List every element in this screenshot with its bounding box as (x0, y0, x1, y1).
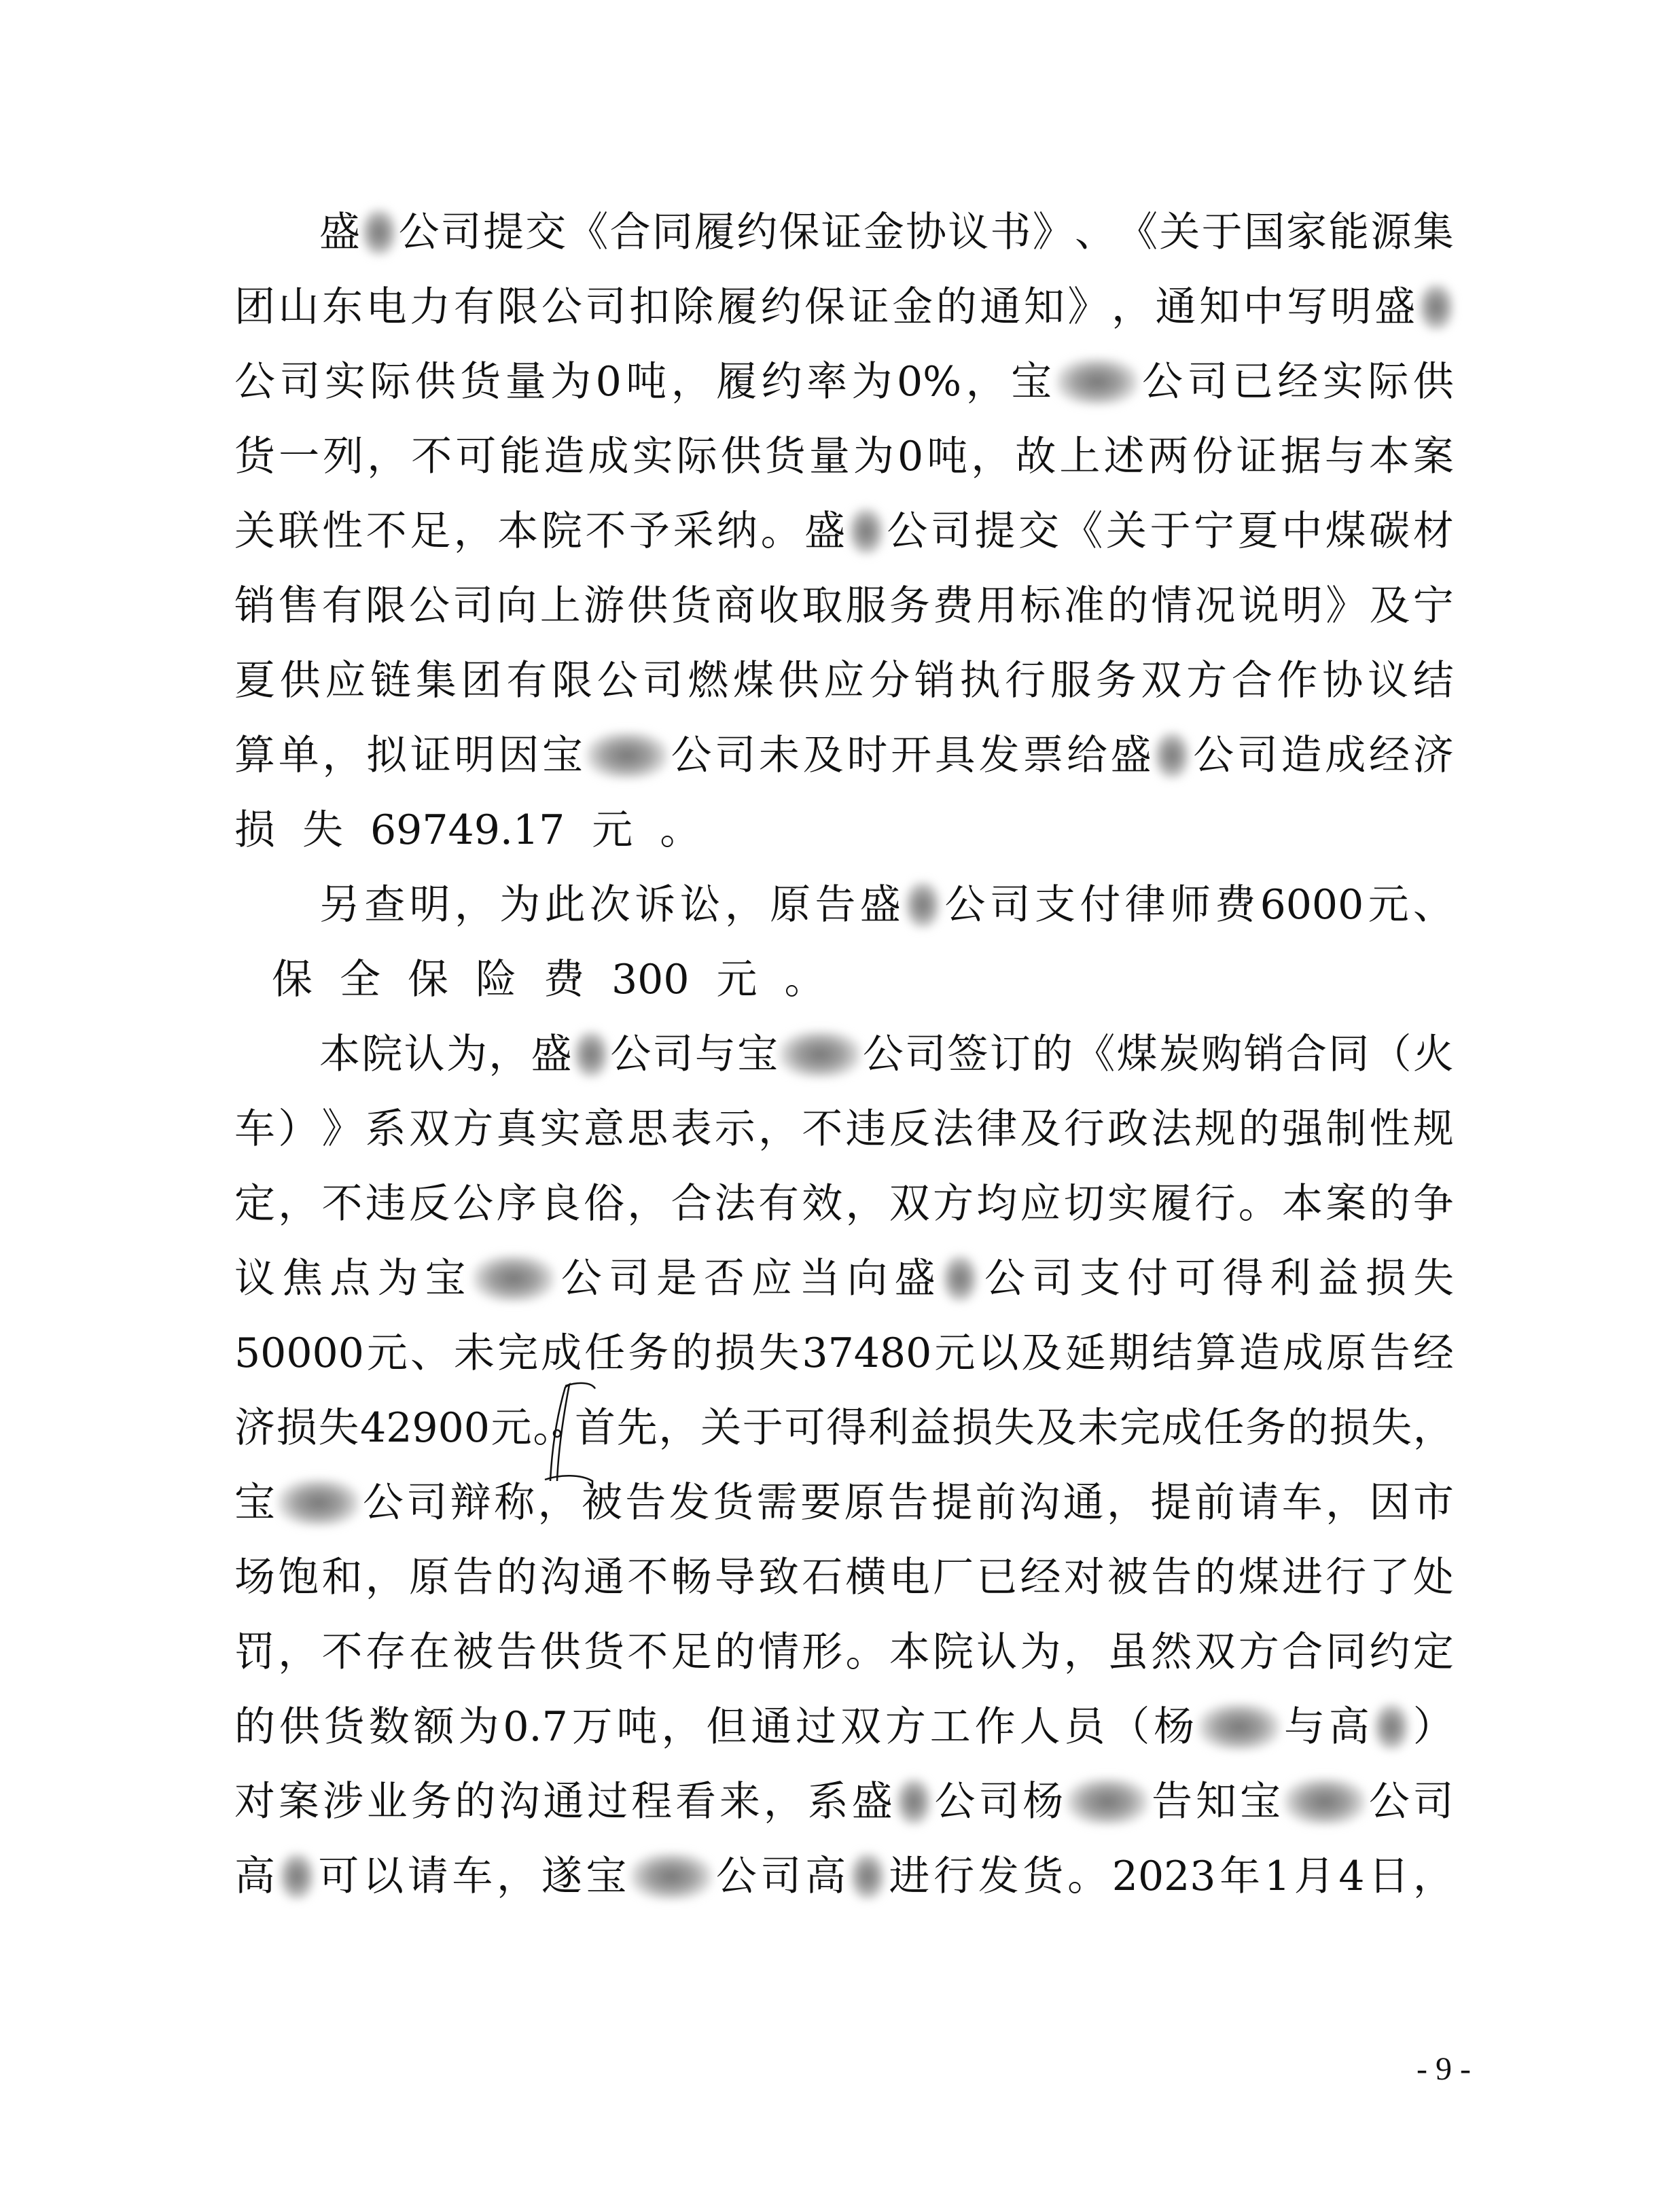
text-glyph: 司 (1187, 344, 1228, 419)
text-glyph: 表 (671, 1092, 712, 1166)
text-glyph: 公 (398, 195, 439, 270)
text-glyph: 宝 (425, 1241, 466, 1316)
text-glyph: 经 (1020, 1540, 1061, 1615)
text-glyph: 车 (452, 1839, 493, 1914)
text-glyph: 供 (415, 344, 456, 419)
text-glyph: 公 (452, 1166, 493, 1241)
text-glyph: 成 (1283, 1316, 1323, 1391)
text-line: 50000元、未完成任务的损失37480元以及延期结算造成原告经 (234, 1316, 1454, 1391)
text-glyph: 不 (627, 1615, 668, 1690)
text-glyph: 已 (1232, 344, 1273, 419)
redacted-name-blur (779, 1031, 861, 1078)
text-glyph: 与 (695, 1017, 736, 1092)
text-glyph: ， (1325, 1465, 1366, 1540)
text-glyph: 济 (1413, 718, 1454, 793)
redacted-name-blur (630, 1853, 712, 1900)
text-glyph: 公 (984, 1241, 1025, 1316)
text-glyph: 的 (1239, 1092, 1279, 1166)
text-glyph: 货 (765, 419, 806, 494)
text-glyph: 煤 (733, 643, 774, 718)
text-glyph: 电 (366, 270, 407, 344)
text-glyph: 0.7 (503, 1690, 567, 1764)
text-glyph: 意 (584, 1092, 624, 1166)
redacted-name-blur (473, 1255, 554, 1302)
text-glyph: 造 (1239, 1316, 1280, 1391)
text-glyph: 足 (410, 494, 450, 569)
text-glyph: 被 (452, 1615, 493, 1690)
text-glyph: 售 (278, 569, 319, 643)
text-glyph: 行 (1005, 643, 1046, 718)
text-glyph: 宝 (737, 1017, 778, 1092)
text-glyph: 成 (1325, 718, 1366, 793)
text-glyph: 未 (759, 718, 800, 793)
text-glyph: 协 (906, 195, 946, 270)
text-glyph: 本 (1369, 419, 1410, 494)
redacted-name-blur (1419, 283, 1454, 331)
text-glyph: 不 (322, 1615, 363, 1690)
text-glyph: 发 (979, 718, 1020, 793)
text-glyph: 执 (960, 643, 1001, 718)
text-glyph: 议 (1368, 643, 1408, 718)
text-glyph: ， (671, 344, 712, 419)
text-glyph: 交 (525, 195, 566, 270)
text-glyph: 本 (889, 1615, 930, 1690)
text-glyph: 双 (1195, 1615, 1236, 1690)
text-glyph: 过 (796, 1690, 836, 1764)
text-glyph: 可 (1175, 1241, 1215, 1316)
text-glyph: 有 (322, 569, 363, 643)
text-glyph: 标 (1020, 569, 1061, 643)
text-glyph: 横 (846, 1540, 887, 1615)
text-glyph: ， (846, 1166, 887, 1241)
text-glyph: 议 (234, 1241, 275, 1316)
text-glyph: 关 (1159, 195, 1200, 270)
text-glyph: （ (1371, 1017, 1412, 1092)
text-glyph: 示 (715, 1092, 755, 1166)
text-glyph: ， (454, 494, 495, 569)
text-glyph: 及 (803, 718, 844, 793)
text-glyph: 证 (821, 195, 862, 270)
text-glyph: 约 (761, 270, 802, 344)
text-glyph: 的 (1032, 1017, 1073, 1092)
text-glyph: 经 (1369, 718, 1410, 793)
text-glyph: ， (455, 868, 495, 942)
text-glyph: 际 (1368, 344, 1408, 419)
text-glyph: 全 (340, 942, 380, 1017)
text-glyph: 取 (802, 569, 842, 643)
text-glyph: 行 (933, 1839, 974, 1914)
text-glyph: 、 (1413, 868, 1454, 942)
text-glyph: 不 (322, 1166, 363, 1241)
text-glyph: 务 (1245, 1391, 1286, 1465)
text-glyph: 《 (1074, 1017, 1115, 1092)
text-glyph: 团 (234, 270, 275, 344)
text-glyph: 系 (808, 1764, 849, 1839)
text-glyph: 。 (660, 793, 700, 868)
text-glyph: 司 (279, 344, 320, 419)
text-glyph: 原 (409, 1540, 450, 1615)
text-glyph: ， (661, 1690, 702, 1764)
text-glyph: ， (1111, 270, 1152, 344)
text-glyph: ， (627, 1166, 668, 1241)
text-glyph: 两 (1148, 419, 1189, 494)
text-glyph: 进 (1282, 1540, 1323, 1615)
text-glyph: 失 (1413, 1241, 1454, 1316)
text-glyph: 实 (1323, 344, 1364, 419)
text-line: 公司实际供货量为0吨，履约率为0%，宝公司已经实际供 (234, 344, 1454, 419)
text-glyph: 存 (366, 1615, 406, 1690)
text-glyph: 诉 (635, 868, 675, 942)
text-glyph: 失 (758, 1316, 799, 1391)
text-glyph: 煤 (1117, 1017, 1158, 1092)
text-glyph: 司 (760, 1839, 801, 1914)
text-glyph: 公 (561, 1241, 602, 1316)
text-glyph: ， (1413, 1839, 1454, 1914)
text-glyph: 失 (994, 1391, 1035, 1465)
text-glyph: 以 (978, 1316, 1018, 1391)
text-glyph: 失 (318, 1391, 359, 1465)
text-glyph: 可 (455, 419, 496, 494)
text-glyph: 0 (596, 344, 622, 419)
text-glyph: 写 (1287, 270, 1328, 344)
text-glyph: 知 (1199, 270, 1240, 344)
text-glyph: 份 (1192, 419, 1233, 494)
text-glyph: 高 (1329, 1690, 1370, 1764)
text-glyph: 延 (1065, 1316, 1105, 1391)
text-glyph: 完 (1120, 1391, 1160, 1465)
text-glyph: 明 (455, 718, 495, 793)
text-glyph: 吨 (617, 1690, 658, 1764)
text-glyph: 司 (653, 1017, 694, 1092)
text-glyph: 通 (1063, 1465, 1104, 1540)
text-glyph: 沟 (1019, 1465, 1060, 1540)
text-glyph: 切 (1064, 1166, 1105, 1241)
text-glyph: 的 (715, 1615, 755, 1690)
text-glyph: 。 (1239, 1166, 1279, 1241)
text-glyph: 述 (1103, 419, 1144, 494)
text-glyph: 性 (322, 494, 363, 569)
text-glyph: 司 (642, 643, 683, 718)
text-glyph: 履 (717, 270, 758, 344)
text-glyph: 与 (1325, 419, 1366, 494)
text-glyph: 提 (931, 1465, 972, 1540)
text-glyph: 行 (1195, 1166, 1236, 1241)
text-glyph: 和 (322, 1540, 363, 1615)
text-glyph: 均 (976, 1166, 1017, 1241)
text-glyph: 除 (673, 270, 713, 344)
text-glyph: 年 (1219, 1839, 1260, 1914)
text-glyph: 集 (1413, 195, 1454, 270)
text-glyph: 本 (319, 1017, 360, 1092)
text-glyph: 法 (715, 1166, 755, 1241)
text-glyph: 作 (975, 1690, 1016, 1764)
text-glyph: 家 (1286, 195, 1327, 270)
text-glyph: 际 (370, 344, 410, 419)
text-glyph: 能 (499, 419, 540, 494)
text-glyph: 供 (280, 643, 321, 718)
text-glyph: 付 (1127, 1241, 1168, 1316)
text-glyph: 游 (584, 569, 624, 643)
text-line: 销售有限公司向上游供货商收取服务费用标准的情况说明》及宁 (234, 569, 1454, 643)
text-glyph: 公 (597, 643, 638, 718)
text-glyph: 供 (721, 419, 762, 494)
text-glyph: 吨 (626, 344, 666, 419)
text-glyph: 认 (404, 1017, 445, 1092)
text-glyph: 制 (1325, 1092, 1366, 1166)
text-glyph: ， (497, 1839, 537, 1914)
text-glyph: 此 (545, 868, 586, 942)
text-glyph: 院 (933, 1615, 974, 1690)
text-glyph: 违 (846, 1092, 887, 1166)
text-glyph: 务 (889, 569, 930, 643)
text-glyph: 盛 (804, 494, 845, 569)
text-glyph: 宝 (1240, 1764, 1281, 1839)
text-glyph: 司 (715, 718, 755, 793)
text-glyph: 用 (976, 569, 1017, 643)
text-glyph: 经 (1413, 1316, 1454, 1391)
text-glyph: 1 (1264, 1839, 1290, 1914)
text-glyph: 于 (1150, 494, 1190, 569)
text-glyph: 情 (1151, 569, 1192, 643)
text-glyph: 37480 (802, 1316, 931, 1391)
text-glyph: 力 (410, 270, 450, 344)
text-glyph: 司 (452, 569, 493, 643)
text-glyph: 宝 (542, 718, 583, 793)
text-glyph: 司 (609, 1241, 649, 1316)
text-glyph: 为 (550, 344, 591, 419)
text-glyph: 有 (506, 643, 547, 718)
text-glyph: 结 (1413, 643, 1454, 718)
redacted-name-blur (905, 881, 940, 929)
text-line: 团山东电力有限公司扣除履约保证金的通知》，通知中写明盛 (234, 270, 1454, 344)
text-glyph: 院 (541, 494, 582, 569)
text-glyph: 、 (410, 1316, 451, 1391)
text-glyph: 否 (704, 1241, 745, 1316)
text-glyph: 实 (325, 344, 366, 419)
text-glyph: 际 (677, 419, 717, 494)
text-glyph: 法 (1151, 1092, 1192, 1166)
text-glyph: 集 (416, 643, 457, 718)
text-glyph: 本 (497, 494, 538, 569)
text-glyph: 定 (1413, 1615, 1454, 1690)
text-glyph: 对 (234, 1764, 275, 1839)
text-glyph: ， (322, 718, 363, 793)
text-glyph: 知 (1024, 270, 1065, 344)
text-glyph: 4 (1338, 1839, 1364, 1914)
text-glyph: 69749.17 (370, 793, 565, 868)
text-glyph: 规 (1195, 1092, 1236, 1166)
text-glyph: 燃 (688, 643, 728, 718)
text-glyph: 保 (779, 195, 819, 270)
text-glyph: 公 (610, 1017, 651, 1092)
text-glyph: 货 (234, 419, 275, 494)
redacted-name-blur (1154, 732, 1190, 779)
text-glyph: 付 (1080, 868, 1120, 942)
text-glyph: 销 (1244, 1017, 1285, 1092)
text-glyph: 及 (1021, 1316, 1062, 1391)
redacted-name-blur (850, 1853, 885, 1900)
text-glyph: 沟 (540, 1540, 581, 1615)
text-glyph: 与 (1284, 1690, 1325, 1764)
text-glyph: 电 (889, 1540, 930, 1615)
text-glyph: 扣 (629, 270, 670, 344)
text-glyph: 师 (1170, 868, 1211, 942)
text-glyph: 不 (411, 419, 452, 494)
text-glyph: 定 (234, 1166, 275, 1241)
text-glyph: 给 (1067, 718, 1107, 793)
text-glyph: 损 (277, 1391, 317, 1465)
text-glyph: 元 (1368, 868, 1409, 942)
text-glyph: 分 (869, 643, 910, 718)
text-glyph: 利 (868, 1391, 909, 1465)
text-glyph: 律 (1125, 868, 1166, 942)
redacted-name-blur (573, 1031, 609, 1078)
text-glyph: 双 (840, 1690, 881, 1764)
text-glyph: 算 (1196, 1316, 1236, 1391)
text-glyph: 发 (669, 1465, 710, 1540)
text-glyph: 煤 (1325, 494, 1366, 569)
text-glyph: 书 (991, 195, 1031, 270)
text-glyph: 万 (572, 1690, 613, 1764)
text-glyph: 公 (887, 494, 927, 569)
text-glyph: 》 (1325, 569, 1366, 643)
text-glyph: 《 (567, 195, 608, 270)
text-glyph: 司 (1413, 1764, 1454, 1839)
text-glyph: 告 (1151, 1540, 1192, 1615)
text-glyph: 益 (910, 1391, 951, 1465)
text-line: 盛公司提交《合同履约保证金协议书》、《关于国家能源集 (319, 195, 1454, 270)
text-glyph: 公 (671, 718, 711, 793)
redacted-name-blur (1374, 1703, 1409, 1751)
text-glyph: 供 (279, 1690, 320, 1764)
text-glyph: 收 (758, 569, 799, 643)
text-glyph: 济 (234, 1391, 275, 1465)
text-glyph: 费 (933, 569, 974, 643)
text-glyph: 告 (1370, 1316, 1410, 1391)
text-glyph: 强 (1282, 1092, 1323, 1166)
text-line: 损失69749.17元。 (234, 793, 1454, 868)
text-glyph: 饱 (278, 1540, 319, 1615)
text-glyph: 通 (1155, 270, 1196, 344)
text-glyph: 律 (976, 1092, 1017, 1166)
text-glyph: 通 (980, 270, 1020, 344)
text-glyph: 的 (1370, 1166, 1410, 1241)
text-glyph: 0 (897, 419, 923, 494)
text-glyph: 供 (540, 1615, 581, 1690)
text-glyph: 《 (1117, 195, 1158, 270)
text-glyph: 同 (1328, 1017, 1369, 1092)
text-glyph: 向 (497, 569, 537, 643)
text-glyph: 方 (1186, 643, 1227, 718)
text-glyph: 应 (751, 1241, 792, 1316)
text-glyph: 案 (279, 1764, 319, 1839)
text-glyph: 通 (543, 1764, 584, 1839)
text-glyph: ， (1064, 1615, 1105, 1690)
text-glyph: 告 (1152, 1764, 1192, 1839)
text-glyph: 供 (779, 643, 819, 718)
text-glyph: 高 (805, 1839, 846, 1914)
text-glyph: 造 (1281, 718, 1322, 793)
text-glyph: 支 (1080, 1241, 1120, 1316)
redacted-name-blur (586, 732, 668, 779)
text-glyph: 司 (585, 270, 626, 344)
text-glyph: 数 (369, 1690, 410, 1764)
text-glyph: 前 (1194, 1465, 1235, 1540)
text-glyph: 次 (590, 868, 630, 942)
text-glyph: 日 (1368, 1839, 1409, 1914)
text-glyph: 的 (234, 1690, 275, 1764)
text-glyph: 订 (990, 1017, 1031, 1092)
text-glyph: 服 (1050, 643, 1091, 718)
text-glyph: 石 (802, 1540, 842, 1615)
text-glyph: 约 (762, 344, 802, 419)
text-glyph: 对 (1064, 1540, 1105, 1615)
redacted-name-blur (1198, 1703, 1280, 1751)
text-glyph: 合 (1286, 1017, 1327, 1092)
text-glyph: 供 (627, 569, 668, 643)
text-glyph: 保 (272, 942, 313, 1017)
text-glyph: 反 (889, 1092, 930, 1166)
text-glyph: 为 (853, 419, 894, 494)
text-glyph: 团 (461, 643, 502, 718)
text-glyph: 议 (948, 195, 989, 270)
text-glyph: 过 (587, 1764, 628, 1839)
text-glyph: 然 (1151, 1615, 1192, 1690)
text-glyph: 已 (976, 1540, 1017, 1615)
document-page: 盛公司提交《合同履约保证金协议书》、《关于国家能源集团山东电力有限公司扣除履约保… (0, 0, 1674, 2212)
text-glyph: 良 (540, 1166, 581, 1241)
text-glyph: ） (1413, 1690, 1454, 1764)
text-glyph: 的 (1107, 569, 1148, 643)
text-glyph: 方 (1239, 1615, 1279, 1690)
text-glyph: 原 (844, 1465, 885, 1540)
text-glyph: 。 (846, 1615, 887, 1690)
text-glyph: 为 (458, 1690, 499, 1764)
text-line: 对案涉业务的沟通过程看来，系盛公司杨告知宝公司 (234, 1764, 1454, 1839)
text-glyph: 另 (319, 868, 360, 942)
text-glyph: 辩 (450, 1465, 491, 1540)
text-glyph: 予 (629, 494, 670, 569)
text-glyph: 履 (1151, 1166, 1192, 1241)
text-glyph: ， (966, 344, 1007, 419)
text-glyph: 在 (409, 1615, 450, 1690)
text-glyph: 、 (1075, 195, 1116, 270)
text-glyph: 未 (1078, 1391, 1118, 1465)
text-glyph: 约 (736, 195, 777, 270)
text-line: 的供货数额为0.7万吨，但通过双方工作人员（杨与高） (234, 1690, 1454, 1764)
text-glyph: 失 (1371, 1391, 1412, 1465)
text-glyph: 公 (1369, 1764, 1410, 1839)
text-glyph: 及 (1370, 569, 1410, 643)
text-glyph: 盛 (860, 868, 901, 942)
text-glyph: 应 (1020, 1166, 1061, 1241)
text-glyph: 宝 (234, 1465, 275, 1540)
text-glyph: 保 (408, 942, 448, 1017)
text-glyph: 盛 (852, 1764, 893, 1839)
text-glyph: ， (488, 1017, 529, 1092)
text-glyph: ， (725, 868, 766, 942)
text-glyph: 真 (497, 1092, 537, 1166)
text-glyph: 进 (889, 1839, 929, 1914)
text-line: 另查明，为此次诉讼，原告盛公司支付律师费6000元、 (319, 868, 1454, 942)
text-line: 车）》系双方真实意思表示，不违反法律及行政法规的强制性规 (234, 1092, 1454, 1166)
text-glyph: （ (1109, 1690, 1150, 1764)
text-glyph: 6000 (1260, 868, 1364, 942)
text-glyph: 费 (1215, 868, 1255, 942)
text-glyph: 销 (914, 643, 955, 718)
text-glyph: 量 (505, 344, 546, 419)
text-glyph: 当 (799, 1241, 840, 1316)
